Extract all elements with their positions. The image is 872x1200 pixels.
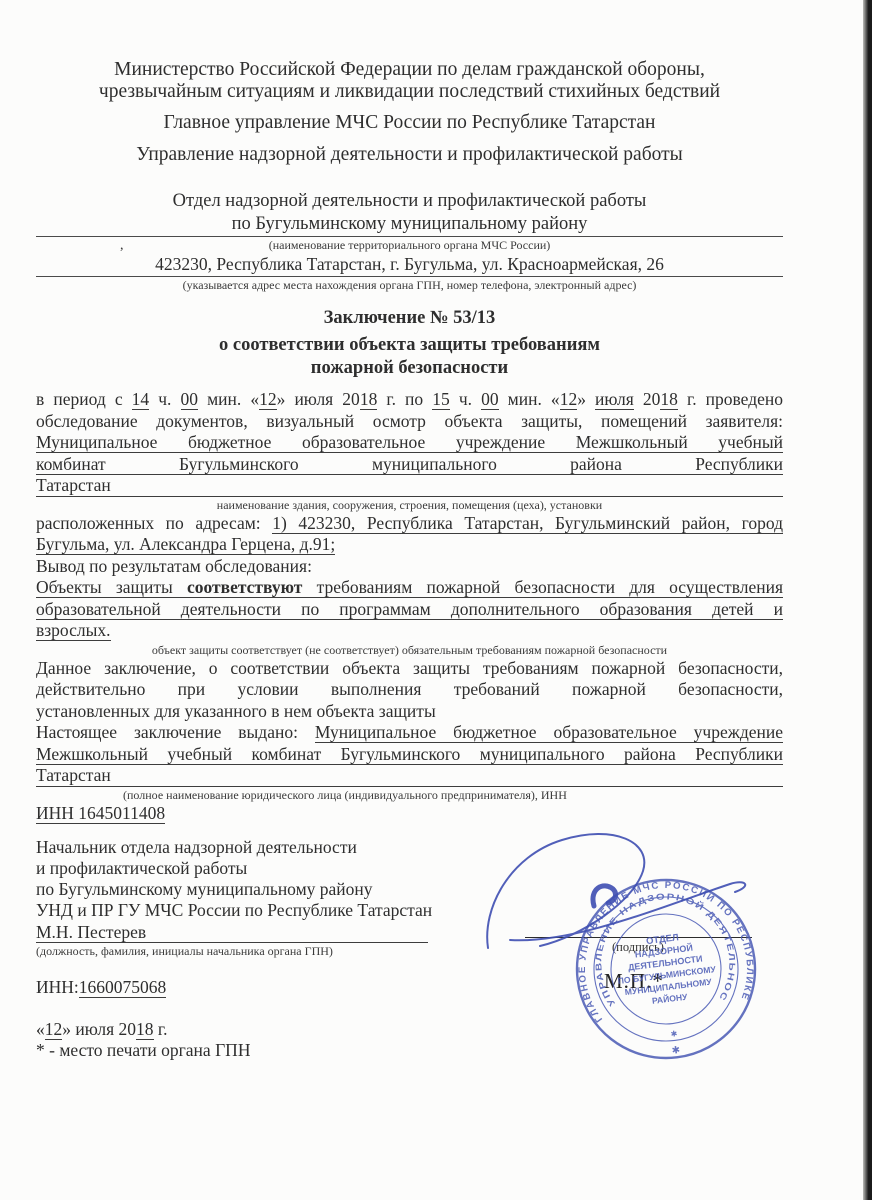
document-line: установленных для указанного в нем объек… [36,701,783,723]
official-position-line: по Бугульминскому муниципальному району [36,879,486,900]
org-address-caption: (указывается адрес места нахождения орга… [36,277,783,294]
text-segment: Настоящее заключение выдано: [36,722,315,742]
signature-strike [510,882,745,940]
text-segment: взрослых. [36,620,111,641]
org-dept-line: Отдел надзорной деятельности и профилакт… [36,190,783,213]
stamp-star-icon: ✱ [671,1045,681,1057]
fill-line: Татарстан [36,765,783,787]
text-segment: Данное заключение, о соответствии объект… [36,658,783,678]
text-segment: Татарстан [36,765,111,787]
text-segment: » [577,389,595,409]
scan-stray-mark: , [120,238,124,254]
text-segment: ИНН: [36,977,79,997]
document-line: действительно при условии выполнения тре… [36,679,783,701]
official-position-line: Начальник отдела надзорной деятельности [36,837,486,858]
text-segment: установленных для указанного в нем объек… [36,701,436,721]
document-title: Заключение № 53/13 о соответствии объект… [36,306,783,380]
field-caption: наименование здания, сооружения, строени… [36,497,783,513]
field-caption: объект защиты соответствует (не соответс… [36,642,783,658]
text-segment: 12 [259,389,277,410]
text-segment: « [36,1019,45,1039]
text-segment: г. проведено [678,389,783,409]
text-segment: расположенных по адресам: [36,513,272,533]
signature-hook [593,886,616,906]
field-caption: (полное наименование юридического лица (… [123,787,783,803]
ministry-header: Министерство Российской Федерации по дел… [36,59,783,166]
document-line: взрослых. [36,620,783,642]
official-caption: (должность, фамилия, инициалы начальника… [36,943,486,959]
text-segment: 18 [660,389,678,410]
scanned-document-page: Министерство Российской Федерации по дел… [0,0,872,1200]
title-line: пожарной безопасности [36,357,783,380]
text-segment: Бугульма, ул. Александра Герцена, д.91; [36,534,335,555]
official-position-line: УНД и ПР ГУ МЧС России по Республике Тат… [36,900,486,921]
text-segment: в период с [36,389,132,409]
document-line: в период с 14 ч. 00 мин. «12» июля 2018 … [36,389,783,411]
text-segment: требованиям пожарной безопасности для ос… [302,577,783,598]
scan-edge-shadow [863,0,872,1200]
org-block: Отдел надзорной деятельности и профилакт… [36,190,783,294]
text-segment: * - место печати органа ГПН [36,1040,250,1060]
text-segment: Объекты защиты [36,577,187,598]
document-line: Данное заключение, о соответствии объект… [36,658,783,680]
text-segment: 18 [360,389,378,410]
official-name-line: М.Н. Пестерев [36,921,428,943]
text-segment: ч. [450,389,481,409]
text-segment: Вывод по результатам обследования: [36,556,312,576]
text-segment: комбинат Бугульминского муниципального р… [36,454,783,475]
fill-line: Татарстан [36,475,783,497]
document-line: Настоящее заключение выдано: Муниципальн… [36,722,783,744]
text-segment: образовательной деятельности по программ… [36,599,783,620]
text-segment: 12 [560,389,578,410]
body-text: в период с 14 ч. 00 мин. «12» июля 2018 … [36,389,783,824]
text-segment: мин. « [499,389,560,409]
org-name-caption: (наименование территориального органа МЧ… [36,237,783,254]
text-segment: 12 [45,1019,63,1040]
text-segment: 1) 423230, Республика Татарстан, Бугульм… [272,513,783,534]
text-segment: ч. [149,389,180,409]
document-line: ИНН 1645011408 [36,803,783,825]
title-number-line: Заключение № 53/13 [36,306,783,330]
text-segment: » июля 20 [277,389,360,409]
official-position-line: и профилактической работы [36,858,486,879]
document-line: Муниципальное бюджетное образовательное … [36,432,783,454]
text-segment: Муниципальное бюджетное образовательное … [315,722,783,743]
document-line: расположенных по адресам: 1) 423230, Рес… [36,513,783,535]
text-segment: 00 [481,389,499,410]
text-segment: г. [154,1019,168,1039]
org-address: 423230, Республика Татарстан, г. Бугульм… [36,254,783,277]
document-line: комбинат Бугульминского муниципального р… [36,454,783,476]
header-line: чрезвычайным ситуациям и ликвидации посл… [36,81,783,103]
text-segment: 15 [432,389,450,410]
document-line: Вывод по результатам обследования: [36,556,783,578]
signature-loop [487,834,644,948]
header-line: Управление надзорной деятельности и проф… [36,144,783,166]
text-segment: мин. « [198,389,259,409]
text-segment: июля [595,389,634,410]
document-line: обследование документов, визуальный осмо… [36,411,783,433]
official-position-lines: Начальник отдела надзорной деятельностии… [36,837,486,921]
officials-block: Начальник отдела надзорной деятельностии… [36,837,486,959]
document-line: образовательной деятельности по программ… [36,599,783,621]
text-segment: 18 [136,1019,154,1040]
document-line: Межшкольный учебный комбинат Бугульминск… [36,744,783,766]
text-segment: ИНН 1645011408 [36,803,165,824]
text-segment: Муниципальное бюджетное образовательное … [36,432,783,453]
handwritten-signature [482,826,774,982]
text-segment: 1660075068 [79,977,167,998]
text-segment: 14 [132,389,150,410]
text-segment: г. по [377,389,432,409]
header-line: Министерство Российской Федерации по дел… [36,59,783,81]
text-segment: Татарстан [36,475,111,497]
header-line: Главное управление МЧС России по Республ… [36,112,783,134]
org-dept-line-underlined: по Бугульминскому муниципальному району [36,213,783,237]
document-line: Объекты защиты соответствуют требованиям… [36,577,783,599]
title-line: о соответствии объекта защиты требования… [36,333,783,357]
text-segment: 20 [634,389,661,409]
text-segment: » июля 20 [62,1019,136,1039]
text-segment: соответствуют [187,577,302,598]
text-segment: действительно при условии выполнения тре… [36,679,783,699]
official-name: М.Н. Пестерев [36,921,146,943]
document-line: Бугульма, ул. Александра Герцена, д.91; [36,534,783,556]
text-segment: обследование документов, визуальный осмо… [36,411,783,431]
text-segment: 00 [181,389,199,410]
stamp-star-icon: ✱ [670,1029,678,1039]
text-segment: Межшкольный учебный комбинат Бугульминск… [36,744,783,765]
